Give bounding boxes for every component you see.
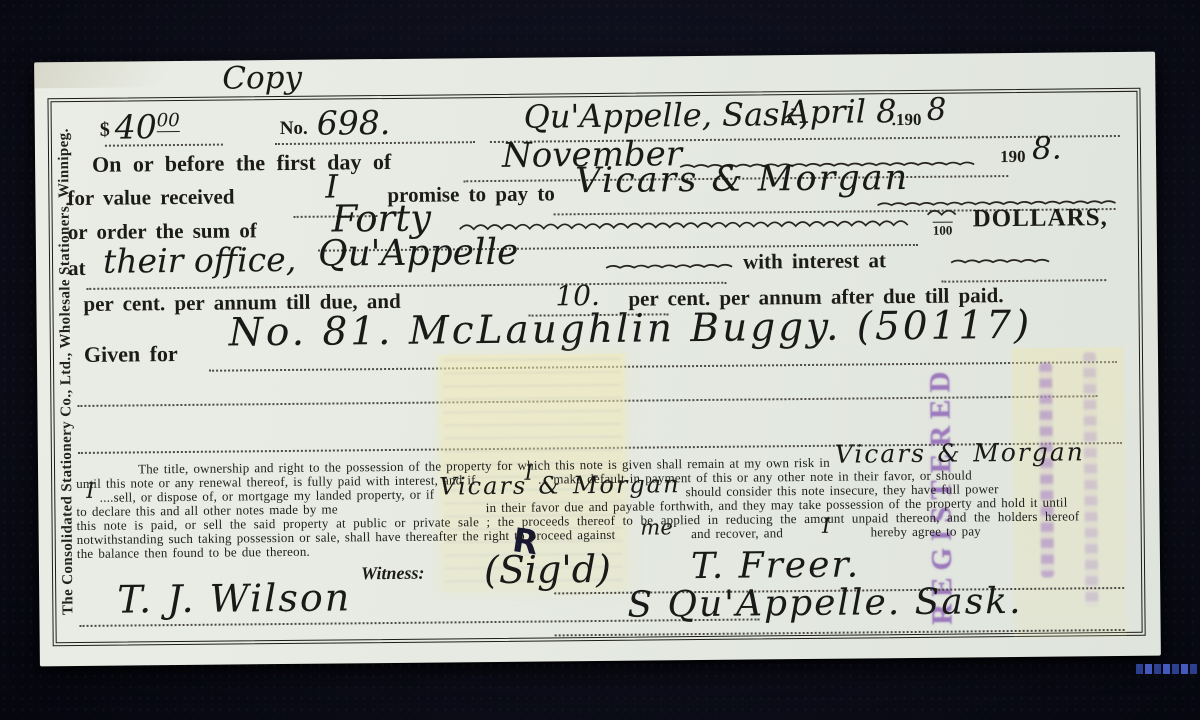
dollar-sign: $ [100, 119, 110, 142]
signed-label: (Sig'd) [484, 547, 611, 592]
conditions-text: the balance then found to be due thereon… [77, 544, 310, 561]
number-label: No. [280, 118, 308, 140]
at-written-a: their office, [103, 240, 297, 281]
at-printed: at [68, 256, 86, 281]
stamp-smudge [1039, 363, 1054, 578]
copy-annotation: Copy [222, 60, 302, 97]
promissory-note-paper: The Consolidated Stationery Co., Ltd., W… [34, 52, 1161, 667]
show-through-ghost [1012, 347, 1127, 638]
given-printed: Given for [84, 341, 178, 368]
amount-cents: 00 [157, 110, 180, 132]
due-year-written: 8. [1032, 131, 1062, 167]
conditions-written: I [86, 479, 95, 503]
payee-written: Vicars & Morgan [575, 158, 909, 201]
amount-figures: 4000 [115, 107, 180, 147]
witness-signature: T. J. Wilson [117, 575, 351, 621]
ink-flourish [951, 251, 1061, 266]
cents-denominator: 100 [933, 222, 953, 239]
amount-dollars: 40 [115, 107, 157, 146]
year-printed: .190 [892, 110, 922, 130]
conditions-text: and recover, and [691, 525, 783, 541]
witness-label: Witness: [361, 563, 425, 585]
due-year-printed: 190 [1000, 147, 1026, 167]
year-written: 8 [926, 92, 946, 128]
conditions-written: Vicars & Morgan [439, 470, 681, 500]
at-written-b: Qu'Appelle [318, 232, 519, 275]
interest-printed: with interest at [743, 248, 886, 274]
maker-place: S Qu'Appelle. Sask. [627, 581, 1023, 626]
conditions-written: Vicars & Morgan [835, 437, 1085, 468]
conditions-text: hereby agree to pay [870, 523, 981, 539]
maker-signature: T. Freer. [691, 544, 860, 587]
film-artifact [1136, 664, 1197, 674]
photo-background: The Consolidated Stationery Co., Ltd., W… [0, 0, 1200, 720]
conditions-written: me [640, 515, 673, 539]
note-number: 698. [317, 103, 391, 143]
due-printed: On or before the first day of [92, 149, 391, 178]
place-written: Qu'Appelle, Sask, [523, 95, 809, 136]
conditions-written: I [822, 514, 831, 538]
dollars-printed: DOLLARS, [973, 204, 1108, 233]
stamp-smudge [1083, 352, 1098, 607]
conditions-line: the balance then found to be due thereon… [77, 544, 310, 562]
given-written: No. 81. McLaughlin Buggy. (50117) [229, 303, 1033, 356]
ink-flourish [928, 203, 962, 217]
ink-flourish [606, 256, 736, 271]
value-printed-a: for value received [67, 184, 234, 211]
date-written: April 8 [786, 92, 896, 131]
